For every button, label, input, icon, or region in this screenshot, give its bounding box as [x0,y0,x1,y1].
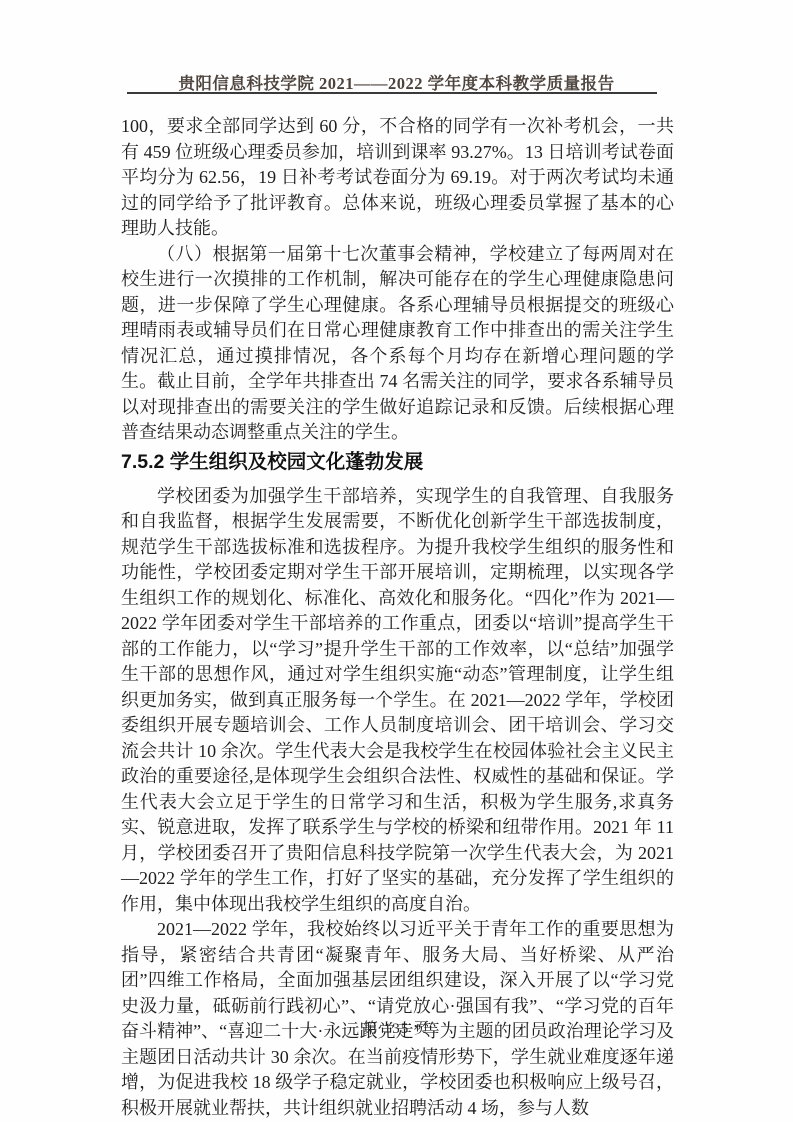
paragraph-screening-mechanism: （八）根据第一届第十七次董事会精神，学校建立了每两周对在校生进行一次摸排的工作机… [121,242,674,446]
page-number: 第 135 页 [120,1017,673,1038]
paragraph-youth-league-cadres: 学校团委为加强学生干部培养，实现学生的自我管理、自我服务和自我监督，根据学生发展… [121,484,674,918]
section-heading-7-5-2: 7.5.2 学生组织及校园文化蓬勃发展 [121,451,674,474]
header-rule [127,92,657,94]
report-header-title: 贵阳信息科技学院 2021——2022 学年度本科教学质量报告 [120,70,673,94]
document-page: 贵阳信息科技学院 2021——2022 学年度本科教学质量报告 100，要求全部… [0,0,793,1122]
page-body: 100，要求全部同学达到 60 分，不合格的同学有一次补考机会，一共有 459 … [121,114,674,1121]
paragraph-psych-committee: 100，要求全部同学达到 60 分，不合格的同学有一次补考机会，一共有 459 … [121,114,674,242]
